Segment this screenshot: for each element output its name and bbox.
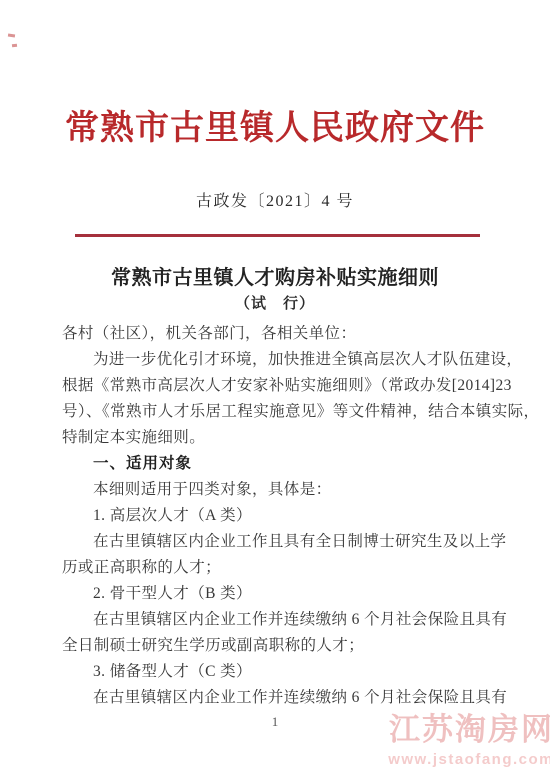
- body-line: 在古里镇辖区内企业工作并连续缴纳 6 个月社会保险且具有: [62, 607, 494, 633]
- body-line: 在古里镇辖区内企业工作并连续缴纳 6 个月社会保险且具有: [62, 685, 494, 711]
- document-title: 常熟市古里镇人才购房补贴实施细则: [0, 261, 550, 290]
- document-page: 常熟市古里镇人民政府文件 古政发〔2021〕4 号 常熟市古里镇人才购房补贴实施…: [0, 0, 550, 777]
- red-divider-line: [75, 234, 480, 237]
- page-number: 1: [0, 714, 550, 730]
- body-line: 全日制硕士研究生学历或副高职称的人才；: [62, 633, 494, 659]
- watermark-fragment: [12, 44, 17, 48]
- body-line: 本细则适用于四类对象，具体是：: [62, 477, 494, 503]
- document-subtitle-trial: （试 行）: [0, 292, 550, 313]
- body-line: 为进一步优化引才环境，加快推进全镇高层次人才队伍建设，: [62, 347, 494, 373]
- body-line: 号）、《常熟市人才乐居工程实施意见》等文件精神，结合本镇实际，: [62, 399, 494, 425]
- body-line: 根据《常熟市高层次人才安家补贴实施细则》（常政办发[2014]23: [62, 373, 494, 399]
- body-line: 在古里镇辖区内企业工作且具有全日制博士研究生及以上学: [62, 529, 494, 555]
- body-line: 特制定本实施细则。: [62, 425, 494, 451]
- body-line: 3. 储备型人才（C 类）: [62, 659, 494, 685]
- document-number: 古政发〔2021〕4 号: [0, 188, 550, 211]
- watermark-fragment: [8, 34, 15, 38]
- government-header-title: 常熟市古里镇人民政府文件: [0, 100, 550, 149]
- body-line: 1. 高层次人才（A 类）: [62, 503, 494, 529]
- watermark-site-url: www.jstaofang.com: [388, 751, 550, 768]
- body-line: 各村（社区），机关各部门，各相关单位：: [62, 321, 494, 347]
- body-line: 2. 骨干型人才（B 类）: [62, 581, 494, 607]
- document-body: 各村（社区），机关各部门，各相关单位：为进一步优化引才环境，加快推进全镇高层次人…: [62, 321, 494, 711]
- section-heading: 一、适用对象: [62, 451, 494, 477]
- body-line: 历或正高职称的人才；: [62, 555, 494, 581]
